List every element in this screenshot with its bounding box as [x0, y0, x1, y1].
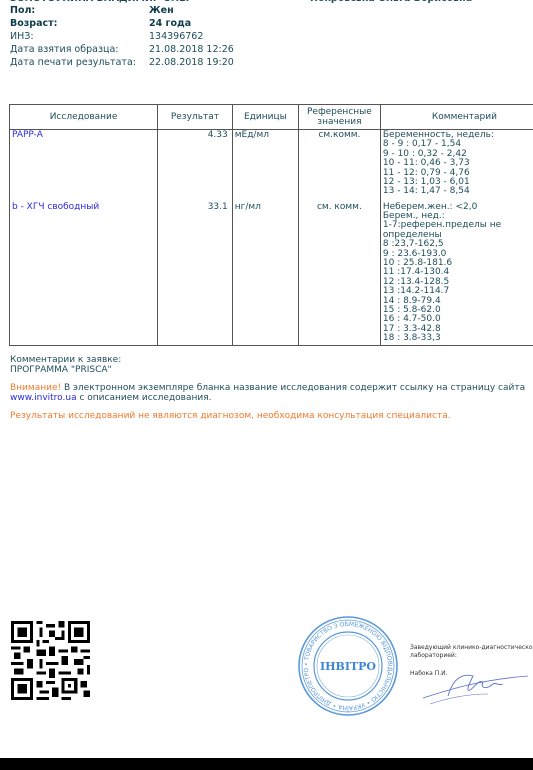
qr-code — [11, 621, 90, 700]
header-reference: Референсные значения — [298, 105, 380, 130]
sample-date-value: 21.08.2018 12:26 — [149, 44, 234, 55]
attention-note: Внимание! В электронном экземпляре бланк… — [10, 383, 525, 394]
sex-value: Жен — [149, 5, 174, 16]
test-name-link[interactable]: PAPP-A — [10, 130, 158, 202]
inz-value: 134396762 — [149, 31, 203, 42]
sex-label: Пол: — [10, 5, 35, 16]
doctor-name-cut: Покровська Ольга Борисовна — [310, 0, 472, 4]
print-date-value: 22.08.2018 19:20 — [149, 57, 234, 68]
order-comments-program: ПРОГРАММА "PRISCA" — [10, 365, 112, 376]
patient-name-cut: ЗОЛОТОУХИНА ВЛАДИМИР ОЛЕГ — [10, 0, 192, 4]
table-header-row: Исследование Результат Единицы Референсн… — [10, 105, 533, 130]
units-value: мЕд/мл — [232, 130, 298, 202]
order-comments-label: Комментарии к заявке: — [10, 355, 121, 366]
age-label: Возраст: — [10, 18, 57, 29]
header-test: Исследование — [10, 105, 158, 130]
table-row: b - ХГЧ свободный 33.1 нг/мл см. комм. Н… — [10, 202, 533, 346]
reference-value: см. комм. — [298, 202, 380, 346]
head-title: Заведующий клинико-диагностической лабор… — [410, 644, 533, 660]
signature — [418, 668, 533, 708]
results-table: Исследование Результат Единицы Референсн… — [9, 104, 533, 346]
comment-cell: Неберем.жен.: <2,0Берем., нед.:1-7:рефер… — [380, 202, 533, 346]
disclaimer: Результаты исследований не являются диаг… — [10, 411, 451, 422]
units-value: нг/мл — [232, 202, 298, 346]
site-text: с описанием исследования. — [77, 393, 212, 403]
sample-date-label: Дата взятия образца: — [10, 44, 119, 55]
test-name[interactable]: b - ХГЧ свободный — [12, 202, 99, 212]
svg-text:ІНВІТРО: ІНВІТРО — [320, 660, 376, 673]
header-units: Единицы — [232, 105, 298, 130]
test-name-link[interactable]: b - ХГЧ свободный — [10, 202, 158, 346]
table-row: PAPP-A 4.33 мЕд/мл см.комм. Беременность… — [10, 130, 533, 202]
comment-cell: Беременность, недель:8 - 9 : 0,17 - 1,54… — [380, 130, 533, 202]
comment-line: 18 : 3.8-33,3 — [383, 334, 533, 343]
result-value: 33.1 — [158, 202, 233, 346]
bottom-bar — [0, 758, 533, 770]
inz-label: ИНЗ: — [10, 31, 34, 42]
attention-text: В электронном экземпляре бланка название… — [61, 383, 525, 393]
reference-value: см.комм. — [298, 130, 380, 202]
header-result: Результат — [158, 105, 233, 130]
comment-line: 13 - 14: 1,47 - 8,54 — [383, 187, 533, 196]
laboratory-stamp: • ТОВАРИСТВО З ОБМЕЖЕНОЮ ВІДПОВІДАЛЬНІСТ… — [297, 615, 399, 717]
age-value: 24 года — [149, 18, 191, 29]
header-comment: Комментарий — [380, 105, 533, 130]
site-link[interactable]: www.invitro.ua — [10, 393, 77, 403]
result-value: 4.33 — [158, 130, 233, 202]
print-date-label: Дата печати результата: — [10, 57, 136, 68]
test-name[interactable]: PAPP-A — [12, 130, 43, 140]
site-note: www.invitro.ua с описанием исследования. — [10, 393, 212, 404]
attention-word: Внимание! — [10, 383, 61, 393]
